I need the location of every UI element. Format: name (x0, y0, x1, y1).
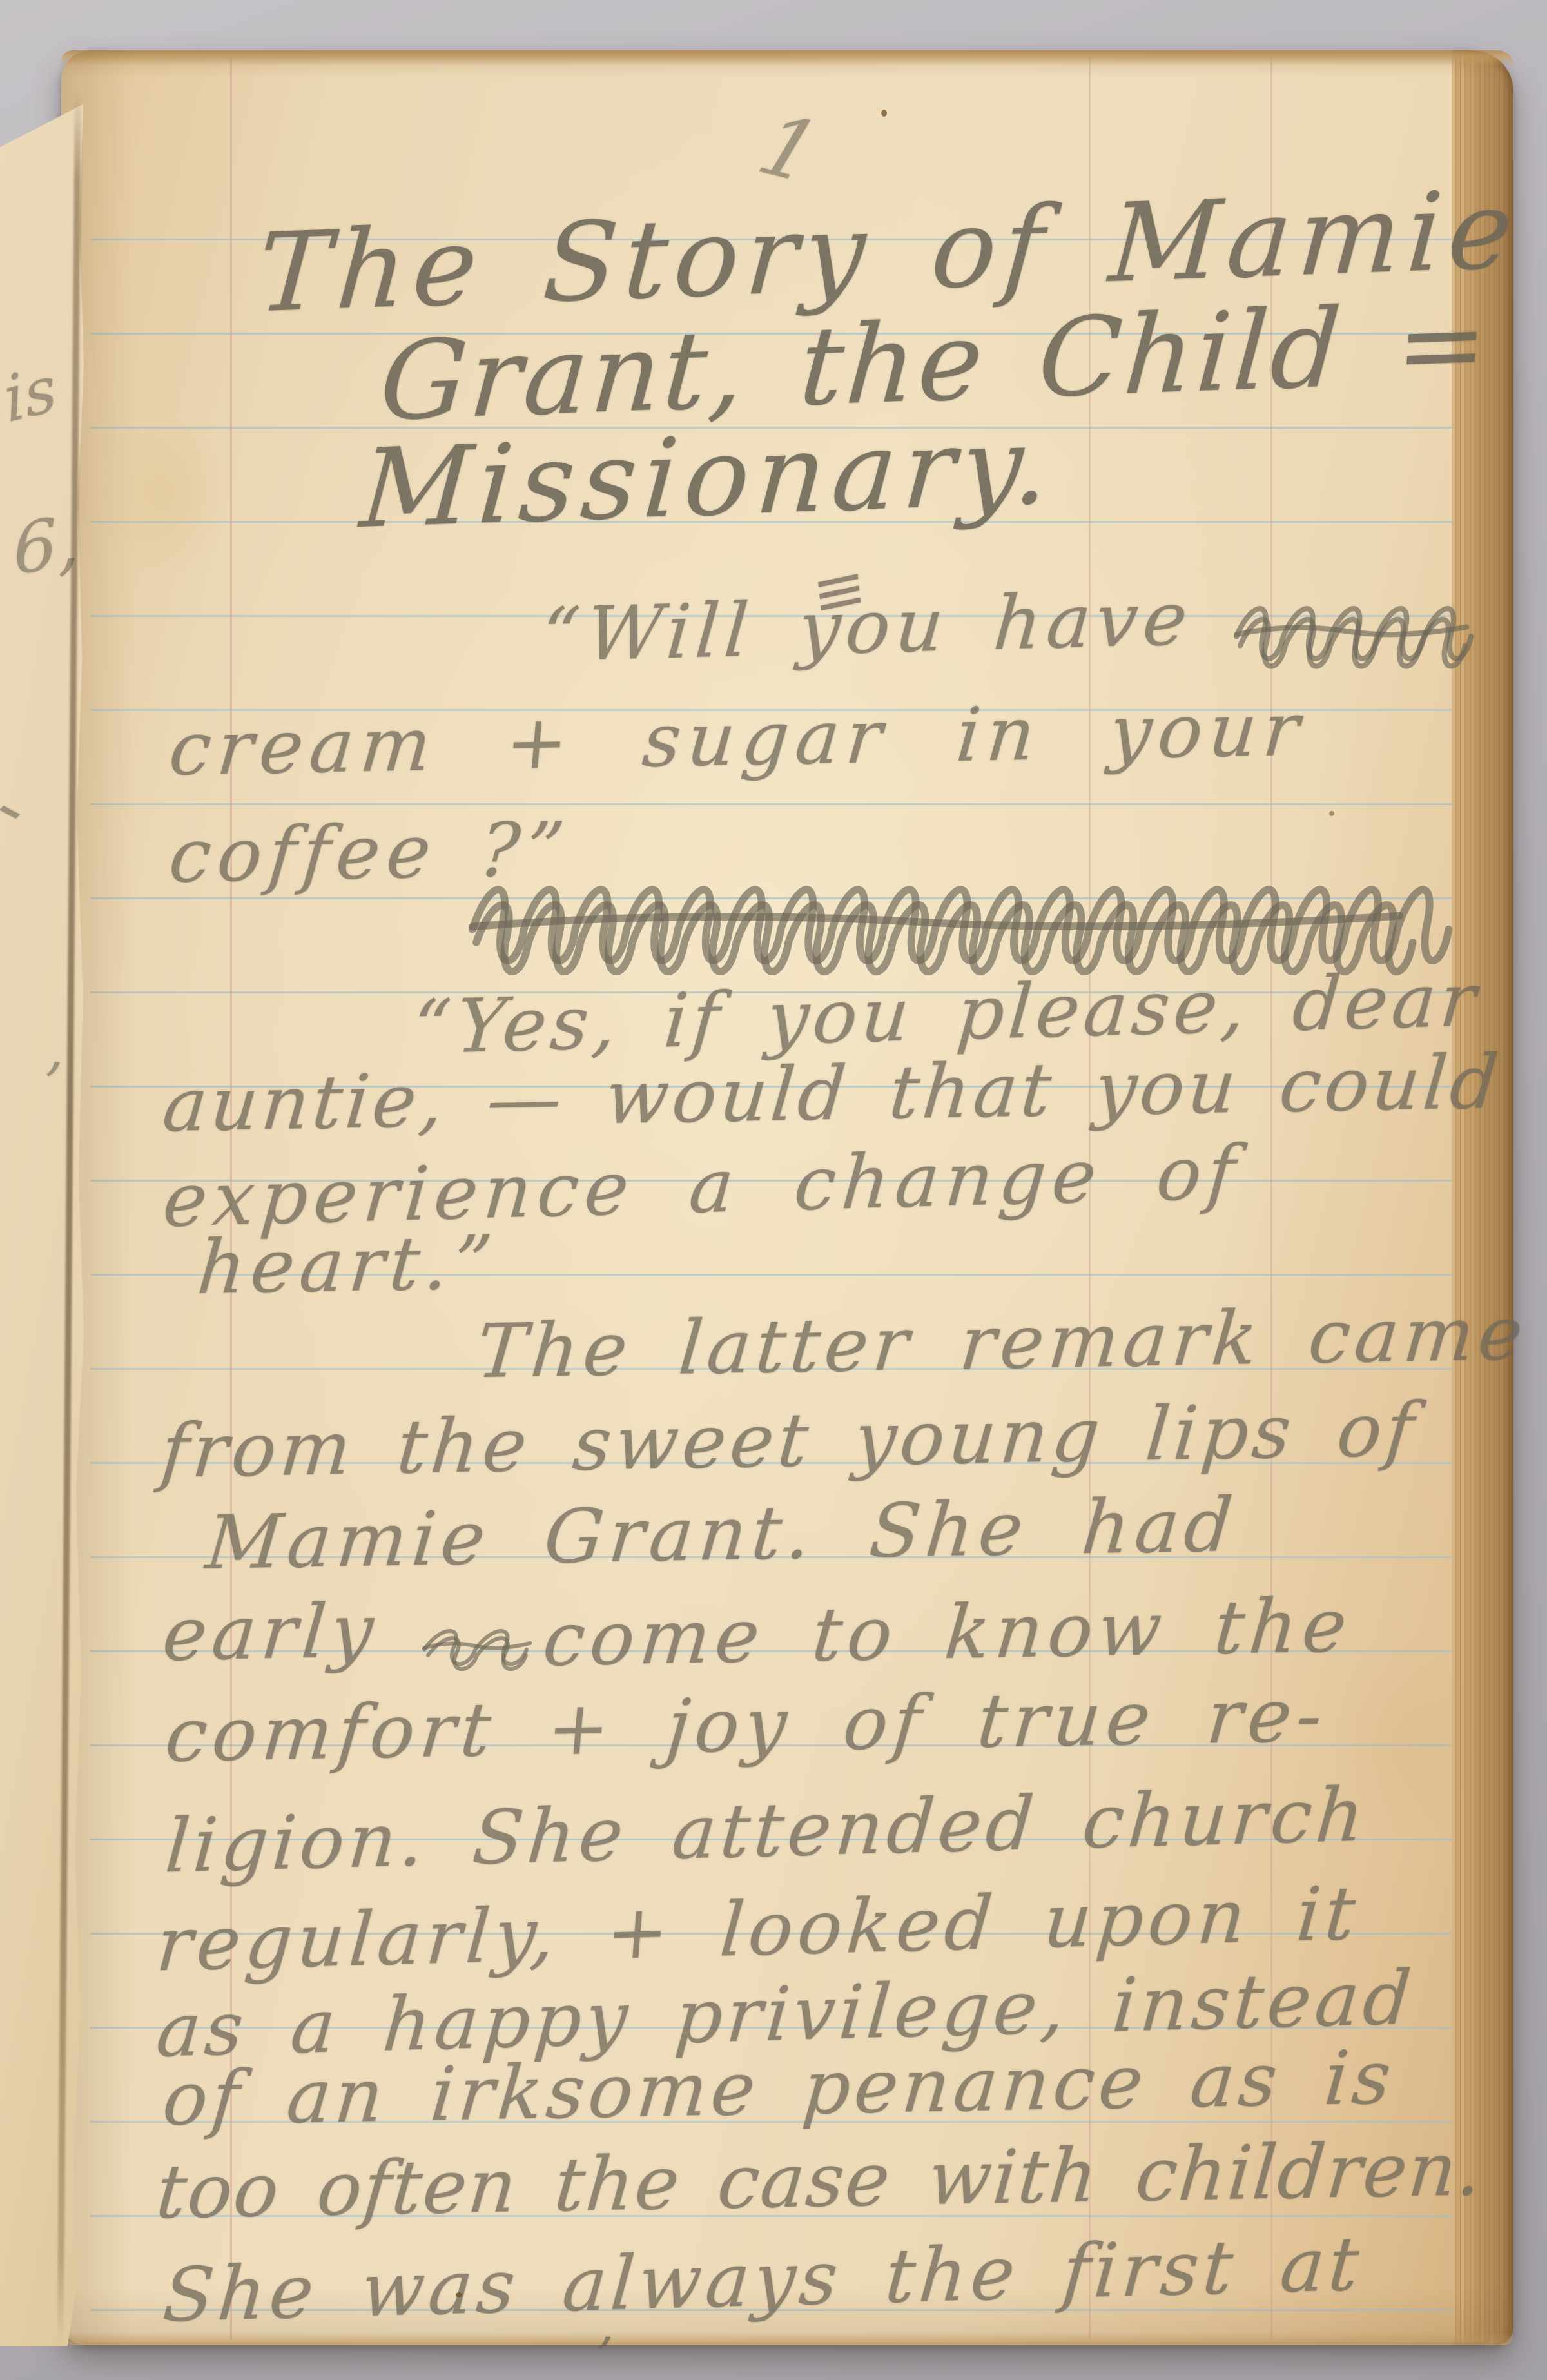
handwriting-line: She was always the first at (161, 2228, 1365, 2334)
handwriting-line: come to know the (540, 1589, 1355, 1677)
red-margin-line-right-2 (1270, 57, 1272, 2340)
scanned-notebook-photo: 1 The Story of MamieGrant, the Child =Mi… (0, 0, 1547, 2380)
notebook-page: 1 The Story of MamieGrant, the Child =Mi… (61, 50, 1513, 2345)
handwriting-line: Mamie Grant. She had (203, 1488, 1240, 1581)
page-shading (61, 50, 1513, 2345)
torn-previous-page-stub: is6,-’ (0, 95, 86, 2346)
handwriting-line: Grant, the Child = (377, 289, 1493, 436)
handwriting-line: ≡ (810, 552, 869, 628)
handwriting-line: ligion. She attended church (163, 1778, 1370, 1884)
scribble-strikethrough (1231, 595, 1476, 671)
red-margin-line-left (230, 57, 232, 2340)
handwriting-line: “Will you have (539, 582, 1195, 674)
handwriting-line: coffee ?” (166, 812, 574, 893)
stub-writing-fragment: is (0, 356, 60, 432)
stub-writing-fragment: - (0, 771, 44, 844)
page-stack-top-edge (61, 50, 1513, 66)
handwriting-line: comfort + joy of true re- (162, 1679, 1330, 1773)
stub-writing-fragment: ’ (39, 1056, 63, 1113)
paper-fleck (881, 110, 887, 117)
scribble-strikethrough (467, 870, 1454, 979)
handwriting-line: cream + sugar in your (166, 693, 1309, 787)
handwriting-line: “Yes, if you please, dear (410, 963, 1483, 1066)
scribble-strikethrough (419, 1622, 532, 1672)
page-stack-right-edge (1452, 50, 1513, 2345)
handwriting-line: regularly, + looked upon it (154, 1877, 1363, 1982)
red-margin-line-right-1 (1089, 57, 1091, 2340)
paper-fleck (456, 2292, 462, 2297)
handwriting-line: early (160, 1594, 381, 1672)
handwriting-line: The latter remark came (474, 1297, 1530, 1390)
blue-ruled-lines (90, 239, 1474, 2311)
stub-writing-fragment: 6, (12, 507, 81, 586)
handwriting-line: too often the case with children. (153, 2132, 1486, 2230)
handwriting-line: from the sweet young lips of (158, 1393, 1420, 1489)
handwriting-line: of an irksome penance as is (160, 2041, 1397, 2137)
handwriting-line: experience a change of (161, 1136, 1243, 1238)
page-number: 1 (749, 103, 830, 195)
age-stain (100, 411, 229, 579)
handwriting-line: as a happy privilege, instead (154, 1961, 1417, 2068)
handwriting-line: auntie, — would that you could (160, 1046, 1504, 1143)
handwriting-line: The Story of Mamie (255, 175, 1523, 328)
paper-fleck (1329, 811, 1334, 816)
handwriting-line: heart.” (195, 1226, 500, 1305)
handwriting-line: Missionary. (357, 411, 1059, 543)
page-bottom-edge (61, 2332, 1513, 2345)
